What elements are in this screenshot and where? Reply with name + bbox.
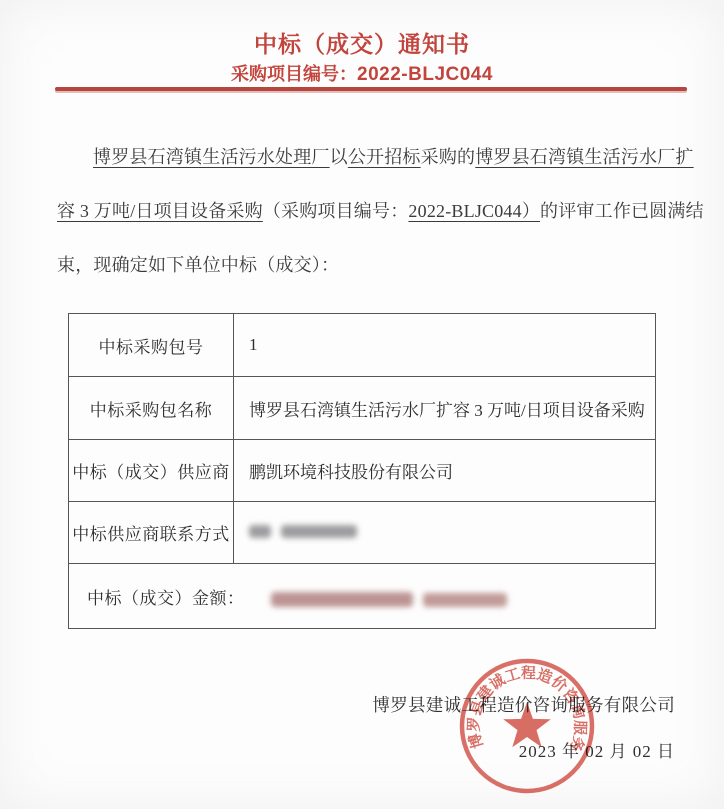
paragraph-line-1: 博罗县石湾镇生活污水处理厂以公开招标采购的博罗县石湾镇生活污水厂扩: [57, 130, 681, 184]
plain-text: 以: [330, 147, 348, 167]
redacted-contact-info: [249, 525, 357, 538]
table-row-supplier: 中标（成交）供应商 鹏凯环境科技股份有限公司: [69, 440, 656, 502]
row-value-redacted: [234, 502, 656, 564]
underlined-text: 博罗县石湾镇生活污水处理厂: [93, 147, 330, 167]
row-label: 中标（成交）供应商: [69, 440, 234, 502]
underlined-text: 2022-BLJC044）: [408, 201, 540, 221]
plain-text: 束，现确定如下单位中标（成交）：: [57, 255, 339, 275]
redacted-block: [423, 593, 507, 607]
redacted-block: [249, 525, 271, 538]
row-label: 中标供应商联系方式: [69, 502, 234, 564]
body-paragraph: 博罗县石湾镇生活污水处理厂以公开招标采购的博罗县石湾镇生活污水厂扩 容 3 万吨…: [57, 130, 681, 292]
page-title: 中标（成交）通知书: [0, 26, 724, 59]
plain-text: （采购项目编号：: [263, 201, 409, 221]
redacted-block: [281, 525, 357, 538]
row-value: 1: [234, 314, 656, 377]
plain-text: 采购的: [421, 147, 476, 167]
underlined-text: 容 3 万吨/日项目设备采购: [57, 201, 263, 221]
award-details-table: 中标采购包号 1 中标采购包名称 博罗县石湾镇生活污水厂扩容 3 万吨/日项目设…: [68, 313, 656, 629]
amount-cell: 中标（成交）金额：: [69, 564, 656, 629]
official-seal: 博罗县建诚工程造价咨询服务有限公司: [449, 648, 605, 804]
table-row-package-number: 中标采购包号 1: [69, 314, 656, 377]
row-label: 中标采购包号: [69, 314, 234, 377]
row-label: 中标采购包名称: [69, 377, 234, 440]
redacted-amount: [271, 592, 507, 607]
row-value: 博罗县石湾镇生活污水厂扩容 3 万吨/日项目设备采购: [234, 377, 656, 440]
project-number-subtitle: 采购项目编号：2022-BLJC044: [0, 60, 724, 86]
table-row-package-name: 中标采购包名称 博罗县石湾镇生活污水厂扩容 3 万吨/日项目设备采购: [69, 377, 656, 440]
header-divider-line: [55, 87, 687, 91]
redacted-block: [271, 592, 413, 607]
underlined-text: 博罗县石湾镇生活污水厂扩: [475, 147, 693, 167]
table-row-award-amount: 中标（成交）金额：: [69, 564, 656, 629]
project-number-label: 采购项目编号：: [231, 64, 357, 84]
notice-document-page: 中标（成交）通知书 采购项目编号：2022-BLJC044 博罗县石湾镇生活污水…: [0, 0, 724, 809]
paragraph-line-3: 束，现确定如下单位中标（成交）：: [57, 238, 681, 292]
paragraph-line-2: 容 3 万吨/日项目设备采购（采购项目编号：2022-BLJC044）的评审工作…: [57, 184, 681, 238]
seal-star-icon: [503, 702, 551, 747]
plain-text: 的评审工作已圆满结: [540, 201, 704, 221]
project-number-code: 2022-BLJC044: [357, 64, 493, 85]
row-label: 中标（成交）金额：: [87, 589, 245, 608]
table-row-supplier-contact: 中标供应商联系方式: [69, 502, 656, 564]
underlined-text: 公开招标: [348, 147, 421, 167]
row-value: 鹏凯环境科技股份有限公司: [234, 440, 656, 502]
